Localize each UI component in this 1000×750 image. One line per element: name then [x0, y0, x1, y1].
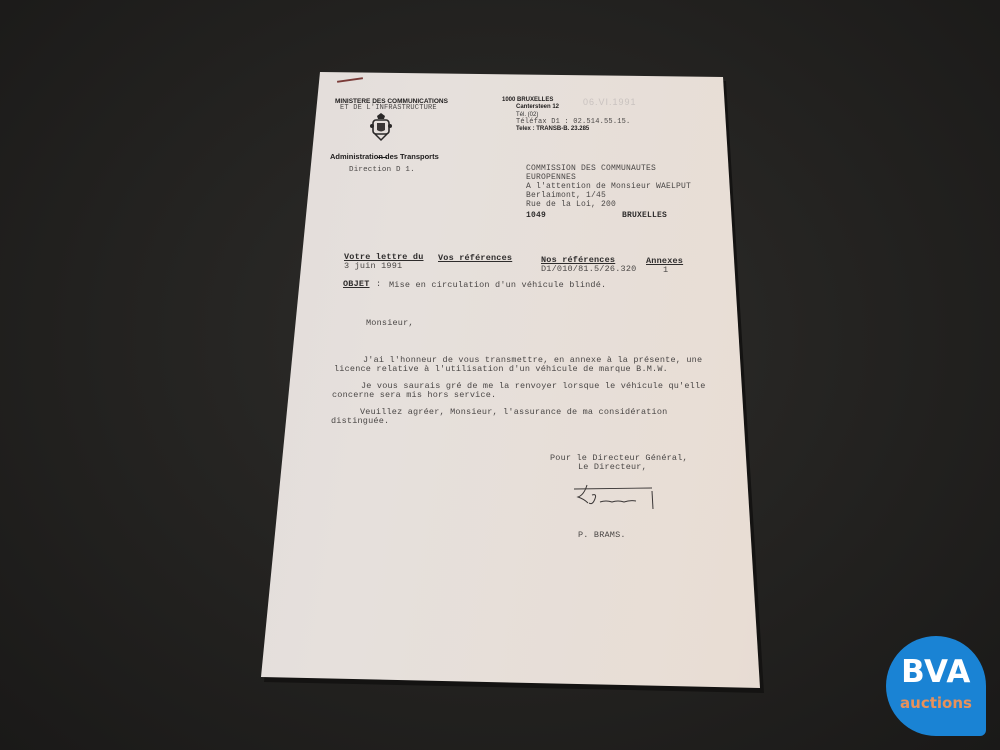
signature [572, 483, 662, 513]
date-stamp: 06.VI.1991 [583, 97, 637, 107]
paragraph-1-line-2: licence relative à l'utilisation d'un vé… [334, 364, 668, 374]
votre-lettre-value: 3 juin 1991 [344, 261, 402, 271]
signatory-name: P. BRAMS. [578, 530, 626, 540]
subject-label: OBJET [343, 279, 370, 289]
paragraph-3-line-1: Veuillez agréer, Monsieur, l'assurance d… [360, 407, 667, 417]
subject-separator: : [376, 279, 381, 289]
direction-label: Direction D 1. [349, 166, 415, 174]
bva-auctions-logo: BVA auctions [886, 636, 986, 736]
vos-references-label: Vos références [438, 253, 512, 263]
sender-street: Cantersteen 12 [516, 104, 559, 110]
recipient-line5: Rue de la Loi, 200 [526, 200, 616, 209]
logo-title: BVA [886, 654, 986, 690]
recipient-line4: Berlaimont, 1/45 [526, 191, 606, 200]
recipient-line3: A l'attention de Monsieur WAELPUT [526, 182, 691, 191]
paragraph-3-line-2: distinguée. [331, 416, 389, 426]
ministry-line2: ET DE L'INFRASTRUCTURE [340, 104, 437, 112]
nos-references-value: D1/010/81.5/26.320 [541, 264, 636, 274]
recipient-line2: EUROPENNES [526, 173, 576, 182]
annexes-value: 1 [663, 265, 668, 275]
salutation: Monsieur, [366, 318, 414, 328]
sender-city: 1000 BRUXELLES [502, 97, 553, 103]
paragraph-2-line-2: concerne sera mis hors service. [332, 390, 496, 400]
divider-dash [377, 157, 387, 158]
sender-telex: Telex : TRANSB-B. 23.285 [516, 126, 589, 132]
recipient-city: BRUXELLES [622, 211, 667, 220]
recipient-postcode: 1049 [526, 211, 546, 220]
subject-text: Mise en circulation d'un véhicule blindé… [389, 280, 606, 290]
closing-line2: Le Directeur, [578, 462, 647, 472]
coat-of-arms-icon [369, 112, 393, 142]
sender-telefax: Téléfax D1 : 02.514.55.15. [516, 118, 630, 126]
logo-subtitle: auctions [886, 694, 986, 712]
recipient-line1: COMMISSION DES COMMUNAUTES [526, 164, 656, 173]
letter-paper [0, 0, 1000, 750]
